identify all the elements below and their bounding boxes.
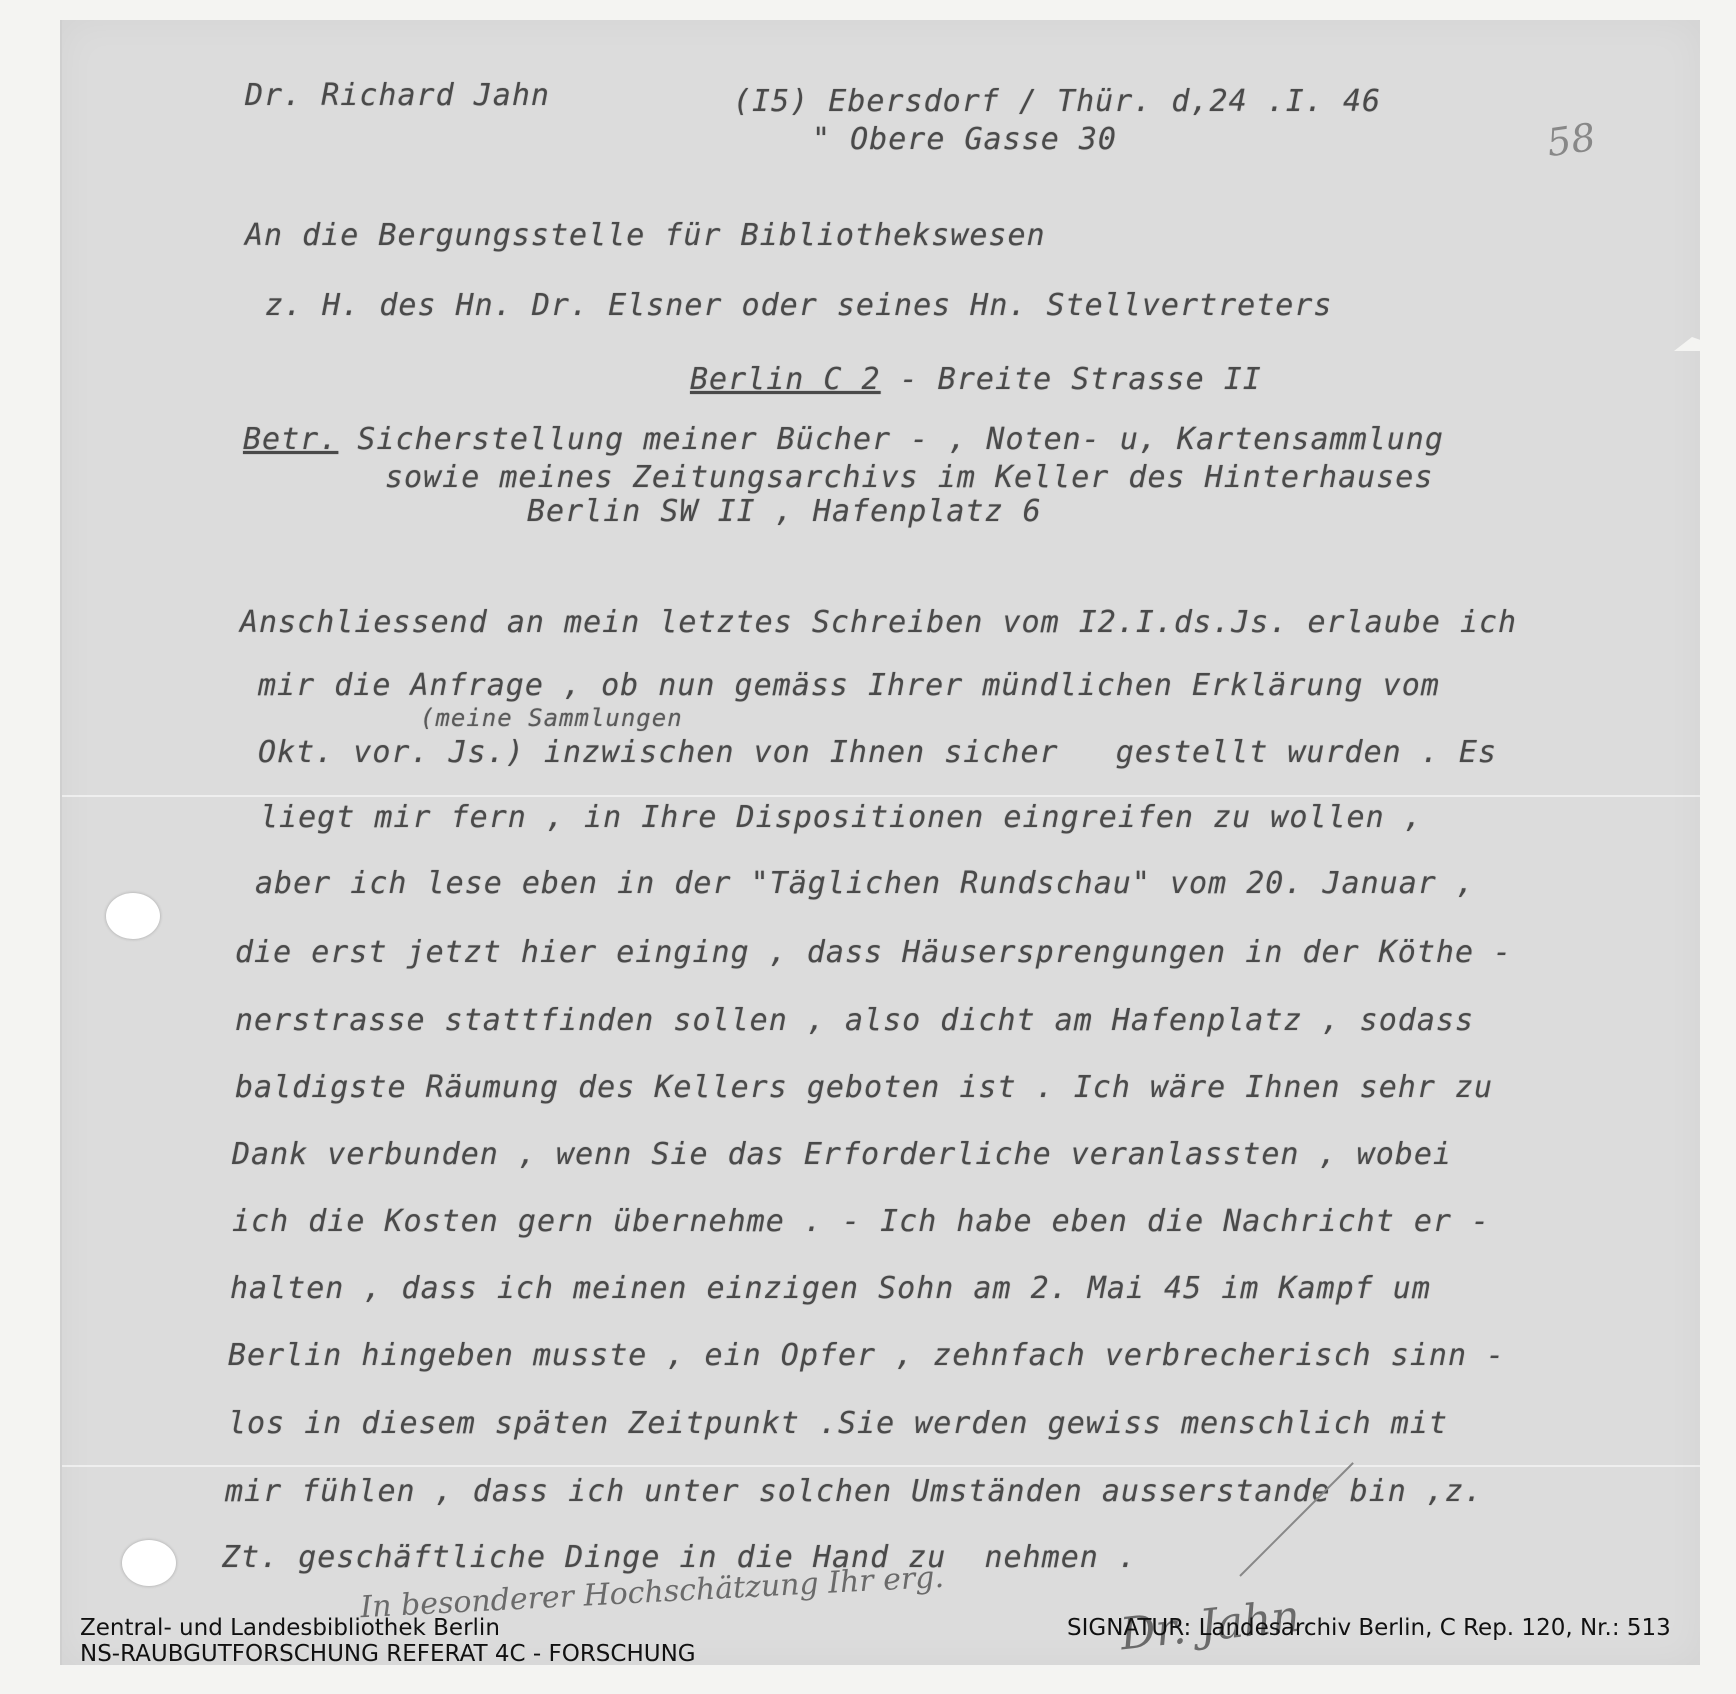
recipient-city-line: Berlin C 2 - Breite Strasse II [690,362,1262,397]
recipient-city: Berlin C 2 [690,362,881,397]
body-line: nerstrasse stattfinden sollen , also dic… [235,1003,1474,1038]
body-line: aber ich lese eben in der "Täglichen Run… [255,866,1475,901]
body-line: die erst jetzt hier einging , dass Häuse… [235,935,1512,970]
body-line: los in diesem späten Zeitpunkt .Sie werd… [228,1406,1448,1441]
sender-name: Dr. Richard Jahn [245,78,550,113]
archive-department: NS-RAUBGUTFORSCHUNG REFERAT 4C - FORSCHU… [80,1641,696,1667]
body-line: ich die Kosten gern übernehme . - Ich ha… [232,1204,1490,1239]
body-line: Dank verbunden , wenn Sie das Erforderli… [232,1137,1452,1172]
archive-signature-ref: SIGNATUR: Landesarchiv Berlin, C Rep. 12… [1067,1615,1671,1641]
paper-fold [62,1465,1700,1467]
subject-line-2: sowie meines Zeitungsarchivs im Keller d… [385,460,1433,495]
subject-label: Betr. [243,422,338,457]
archive-institution: Zentral- und Landesbibliothek Berlin [80,1615,696,1641]
subject-line-3: Berlin SW II , Hafenplatz 6 [527,494,1042,529]
body-line: mir fühlen , dass ich unter solchen Umst… [225,1474,1483,1509]
body-line: Anschliessend an mein letztes Schreiben … [240,605,1517,640]
body-line: mir die Anfrage , ob nun gemäss Ihrer mü… [258,668,1440,703]
place-date: (I5) Ebersdorf / Thür. d,24 .I. 46 [733,84,1381,119]
recipient-line-1: An die Bergungsstelle für Bibliothekswes… [245,218,1046,253]
paper-tear [1674,337,1704,351]
body-line: Okt. vor. Js.) inzwischen von Ihnen sich… [258,735,1497,770]
punch-hole [122,1540,176,1586]
body-line: Berlin hingeben musste , ein Opfer , zeh… [228,1338,1505,1373]
page-number: 58 [1544,115,1598,165]
body-line: Zt. geschäftliche Dinge in die Hand zu n… [222,1540,1137,1575]
body-line: halten , dass ich meinen einzigen Sohn a… [230,1271,1431,1306]
recipient-street: - Breite Strasse II [881,362,1262,397]
archive-stamp-left: Zentral- und Landesbibliothek Berlin NS-… [80,1615,696,1667]
interlinear-insert: (meine Sammlungen [420,704,683,732]
sender-address: " Obere Gasse 30 [812,122,1117,157]
punch-hole [106,893,160,939]
body-line: baldigste Räumung des Kellers geboten is… [235,1070,1493,1105]
subject-line-1: Betr. Sicherstellung meiner Bücher - , N… [243,422,1444,457]
paper-fold [62,795,1700,797]
recipient-line-2: z. H. des Hn. Dr. Elsner oder seines Hn.… [265,288,1332,323]
body-line: liegt mir fern , in Ihre Dispositionen e… [260,800,1423,835]
